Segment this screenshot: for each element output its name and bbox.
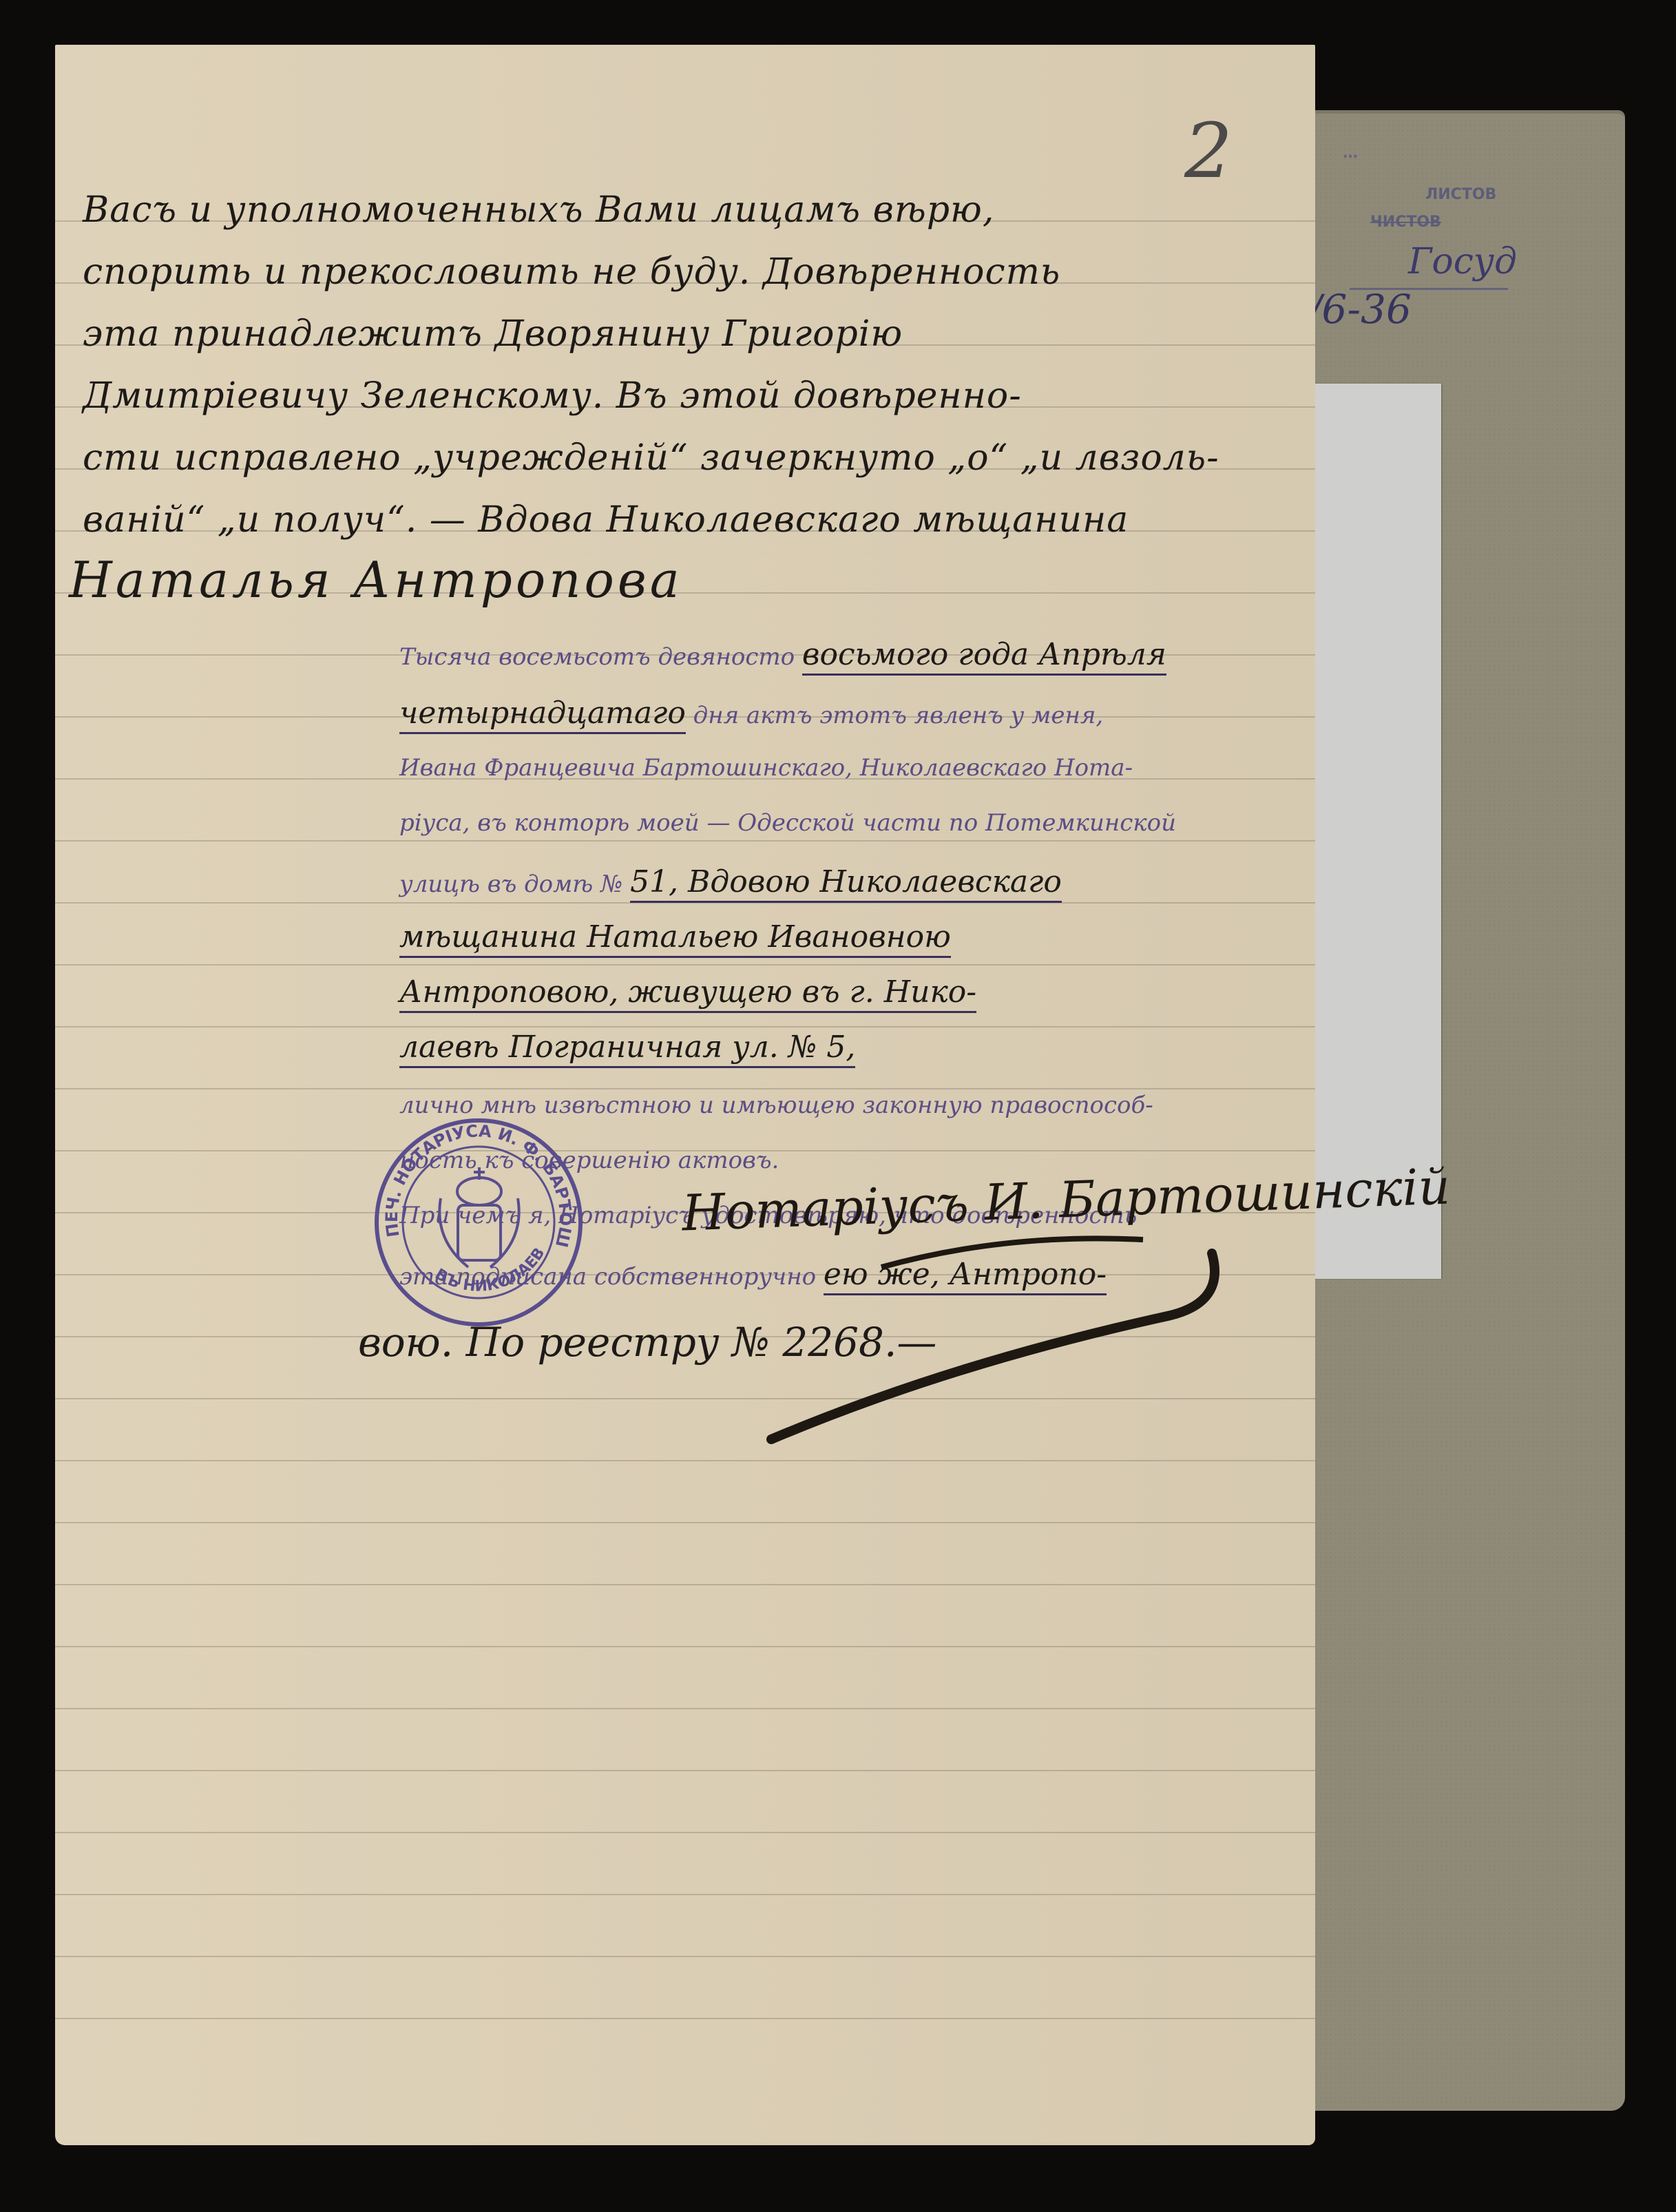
cert-line: мѣщанина Натальею Ивановною: [399, 919, 951, 954]
cert-line: Ивана Францевича Бартошинскаго, Николаев…: [399, 754, 1133, 782]
paper-slip: [1314, 384, 1441, 1279]
page-number: 2: [1184, 107, 1233, 195]
archive-stamp: … ЛИСТОВ ЧИСТОВ Госуд: [1322, 117, 1529, 275]
principal-signature: Наталья Антропова: [69, 551, 683, 609]
stamp-line: …: [1343, 145, 1359, 162]
body-line: эта принадлежитъ Дворянину Григорію: [83, 313, 903, 355]
cert-line: ріуса, въ конторѣ моей — Одесской части …: [399, 809, 1176, 837]
folder-date-note: /6-36: [1308, 286, 1412, 333]
cert-line: улицѣ въ домѣ № 51, Вдовою Николаевскаго: [399, 864, 1062, 899]
notary-seal-icon: ПЕЧ. НОТАРІУСА И. Ф. БАРТОШИНСКАГО ВЪ НИ…: [372, 1116, 585, 1329]
body-line: Васъ и упол­номоченныхъ Вами лицамъ вѣрю…: [83, 189, 994, 231]
body-line: спорить и прекословить не буду. Довѣренн…: [83, 251, 1060, 293]
cert-line: Тысяча восемьсотъ девяносто восьмого год…: [399, 637, 1166, 672]
cert-line: лично мнѣ извѣстною и имѣющею законную п…: [399, 1092, 1153, 1119]
body-line: сти исправлено „учрежденій“ зачеркнуто „…: [83, 437, 1219, 479]
stamp-line: ЛИСТОВ: [1425, 186, 1496, 203]
cert-line: лаевѣ Пограничная ул. № 5,: [399, 1030, 855, 1065]
signature-flourish-icon: [744, 1226, 1281, 1460]
document-sheet: 2 Васъ и упол­номоченныхъ Вами лицамъ вѣ…: [55, 45, 1315, 2145]
stamp-line: ЧИСТОВ: [1370, 213, 1441, 231]
body-line: ваній“ „и получ“. — Вдова Николаевскаго …: [83, 499, 1129, 541]
cert-line: четырнадцатаго дня актъ этотъ явленъ у м…: [399, 696, 1103, 731]
body-line: Дмитріевичу Зеленскому. Въ этой довѣренн…: [83, 375, 1022, 417]
stamp-handwritten-note: Госуд: [1408, 241, 1517, 282]
cert-line: Антроповою, живущею въ г. Нико-: [399, 974, 976, 1010]
